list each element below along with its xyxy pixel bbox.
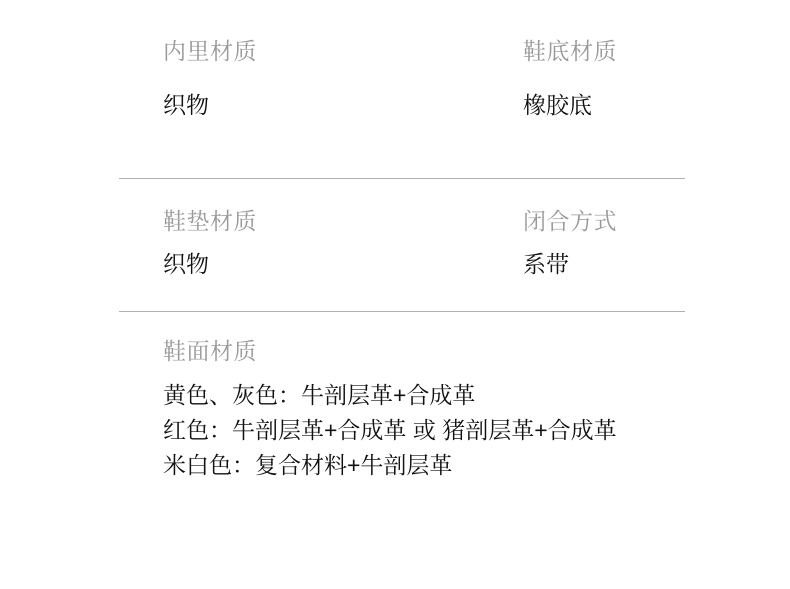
spec-label-inner-material: 内里材质: [163, 40, 257, 63]
spec-label-sole-material: 鞋底材质: [523, 40, 617, 63]
spec-value-inner-material: 织物: [163, 94, 209, 117]
upper-material-line-offwhite: 米白色：复合材料+牛剖层革: [163, 448, 617, 483]
spec-label-insole-material: 鞋垫材质: [163, 210, 257, 233]
spec-value-insole-material: 织物: [163, 253, 209, 276]
spec-value-upper-material: 黄色、灰色：牛剖层革+合成革 红色：牛剖层革+合成革 或 猪剖层革+合成革 米白…: [163, 378, 617, 483]
section-divider: [119, 311, 685, 312]
upper-material-line-yellow-gray: 黄色、灰色：牛剖层革+合成革: [163, 378, 617, 413]
spec-label-closure-type: 闭合方式: [523, 210, 617, 233]
product-spec-panel: 内里材质 织物 鞋底材质 橡胶底 鞋垫材质 织物 闭合方式 系带 鞋面材质 黄色…: [0, 0, 790, 589]
upper-material-line-red: 红色：牛剖层革+合成革 或 猪剖层革+合成革: [163, 413, 617, 448]
spec-value-closure-type: 系带: [523, 253, 569, 276]
spec-value-sole-material: 橡胶底: [523, 94, 592, 117]
spec-label-upper-material: 鞋面材质: [163, 340, 257, 363]
section-divider: [119, 178, 685, 179]
